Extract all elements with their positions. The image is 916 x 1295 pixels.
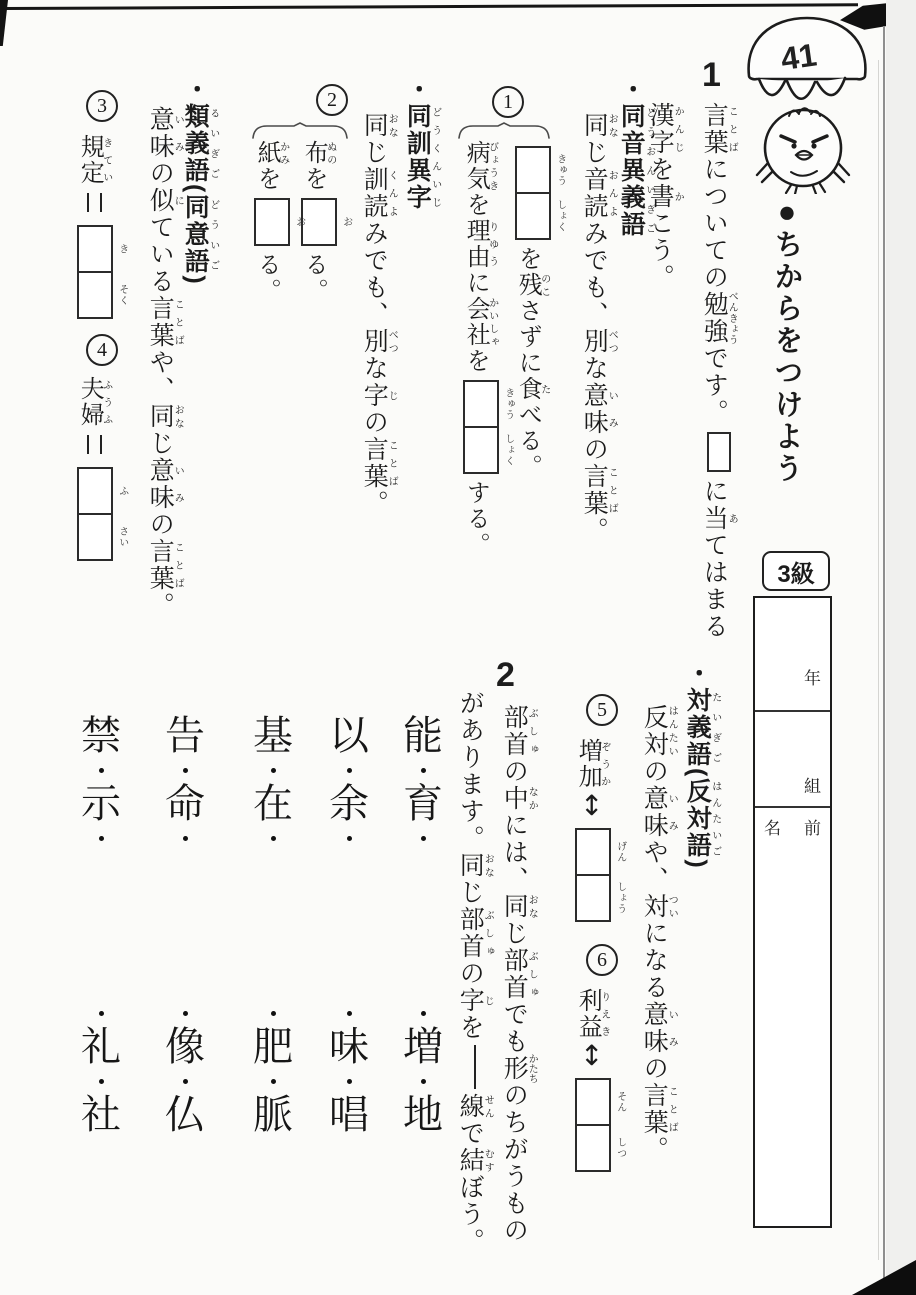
kanji-item[interactable]: 告	[160, 714, 210, 759]
furigana-hint: そん	[615, 1091, 625, 1113]
radical-column: 告命像仏	[160, 714, 210, 1174]
item4-number: 4	[86, 334, 118, 366]
kanji-item[interactable]: 増	[398, 1025, 448, 1070]
furigana-hint: お	[294, 217, 304, 228]
connector-dot[interactable]	[347, 768, 352, 773]
connector-dot[interactable]	[347, 1079, 352, 1084]
kanji-item[interactable]: 地	[398, 1093, 448, 1138]
answer-box[interactable]: きゅう	[515, 146, 551, 194]
kanji-item[interactable]: 脈	[248, 1093, 298, 1138]
furigana-hint: き	[117, 244, 127, 255]
filled-circle-bullet: ●	[770, 194, 805, 229]
answer-box-group[interactable]: きそく	[77, 225, 113, 319]
answer-box[interactable]: き	[77, 225, 113, 273]
kanji-item[interactable]: 能	[398, 714, 448, 759]
section1-intro-line1: 言葉ことばについての勉強べんきょうです。に当あてはまる	[700, 102, 737, 662]
name-label: 名	[764, 814, 781, 839]
worksheet-page: 41 ●ちからをつけよう 3級 年 組 名 前 1 言葉ことばについての勉強べん…	[0, 0, 916, 1295]
radical-column: 以余味唱	[324, 714, 374, 1174]
double-arrow-icon: ↕	[580, 792, 605, 820]
connector-dot[interactable]	[99, 1011, 104, 1016]
answer-box[interactable]: そん	[575, 1078, 611, 1126]
item6-pair: 利益りえき↕そんしつ	[574, 988, 611, 1268]
connector-dot[interactable]	[271, 1079, 276, 1084]
radical-column: 基在肥脈	[248, 714, 298, 1174]
definition-antonyms: 反対はんたいの意味いみや、対ついになる意味いみの言葉ことば。	[640, 704, 677, 1264]
connector-dot[interactable]	[183, 1079, 188, 1084]
item4-pair: 夫婦ふうふふさい	[76, 376, 113, 696]
radical-matching-area: 能育増地以余味唱基在肥脈告命像仏禁示礼社	[0, 714, 470, 1184]
kanji-item[interactable]: 唱	[324, 1093, 374, 1138]
kanji-item[interactable]: 示	[76, 782, 126, 827]
definition-homophones: 同おなじ音読おんよみでも、別べつな意味いみの言葉ことば。	[580, 112, 617, 612]
equals-sign	[87, 193, 102, 212]
connector-dot[interactable]	[271, 836, 276, 841]
page-right-edge-line	[883, 26, 885, 1295]
heading-homophones: ・同音異義語どうおんいぎご	[618, 76, 654, 476]
year-label: 年	[804, 664, 821, 689]
furigana-hint: ふ	[117, 486, 127, 497]
item5-pair: 増加ぞうか↕げんしょう	[574, 738, 611, 1018]
name-box-divider	[755, 806, 830, 808]
radical-column-top: 能育	[398, 714, 448, 850]
kanji-item[interactable]: 肥	[248, 1025, 298, 1070]
connector-dot[interactable]	[271, 768, 276, 773]
answer-box[interactable]: しつ	[575, 1124, 611, 1172]
heading-homographs: ・同訓異字どうくんいじ	[404, 76, 440, 336]
kanji-item[interactable]: 余	[324, 782, 374, 827]
equals-sign	[87, 435, 102, 454]
item5-number: 5	[586, 694, 618, 726]
answer-box[interactable]: お	[254, 198, 290, 246]
name-label: 前	[804, 814, 821, 839]
radical-column-top: 禁示	[76, 714, 126, 850]
radical-column: 禁示礼社	[76, 714, 126, 1174]
connector-dot[interactable]	[421, 768, 426, 773]
connector-dot[interactable]	[183, 1011, 188, 1016]
connector-dot[interactable]	[421, 1079, 426, 1084]
answer-box-group[interactable]: きゅうしょく	[463, 380, 499, 474]
connector-dot[interactable]	[99, 768, 104, 773]
furigana-hint: しょく	[555, 200, 565, 233]
radical-column-bottom: 礼社	[76, 1002, 126, 1138]
name-box-divider	[755, 710, 830, 712]
furigana-hint: げん	[615, 841, 625, 863]
connector-dot[interactable]	[183, 836, 188, 841]
radical-column: 能育増地	[398, 714, 448, 1174]
radical-column-bottom: 増地	[398, 1002, 448, 1138]
answer-box[interactable]: お	[301, 198, 337, 246]
section2-intro-line1: 部首ぶしゅの中なかには、同おなじ部首ぶしゅでも形かたちのちがうもの	[500, 704, 537, 1264]
answer-box[interactable]: ふ	[77, 467, 113, 515]
item2-number: 2	[316, 84, 348, 116]
radical-column-bottom: 肥脈	[248, 1002, 298, 1138]
answer-box-group[interactable]: お	[301, 198, 337, 246]
kanji-item[interactable]: 味	[324, 1025, 374, 1070]
connector-dot[interactable]	[183, 768, 188, 773]
answer-box[interactable]: そく	[77, 271, 113, 319]
furigana-hint: しょく	[503, 434, 513, 467]
radical-column-top: 基在	[248, 714, 298, 850]
answer-box[interactable]: しょく	[463, 426, 499, 474]
kanji-item[interactable]: 以	[324, 714, 374, 759]
kanji-item[interactable]: 社	[76, 1093, 126, 1138]
answer-box-group[interactable]: お	[254, 198, 290, 246]
connector-dot[interactable]	[347, 836, 352, 841]
answer-box[interactable]: さい	[77, 513, 113, 561]
item3-number: 3	[86, 90, 118, 122]
furigana-hint: きゅう	[555, 154, 565, 187]
furigana-hint: そく	[117, 284, 127, 306]
furigana-hint: しょう	[615, 882, 625, 915]
class-label: 組	[804, 772, 821, 797]
mascot-parachute-bird: 41	[737, 12, 879, 194]
kanji-item[interactable]: 育	[398, 782, 448, 827]
scan-artifact-top-left	[0, 0, 8, 46]
item1-number: 1	[492, 86, 524, 118]
kanji-item[interactable]: 在	[248, 782, 298, 827]
answer-box[interactable]: しょう	[575, 874, 611, 922]
furigana-hint: しつ	[615, 1137, 625, 1159]
connector-dot[interactable]	[347, 1011, 352, 1016]
double-arrow-icon: ↕	[580, 1042, 605, 1070]
grade-badge: 3級	[762, 551, 830, 591]
page-title-text: ちからをつけよう	[771, 229, 803, 485]
connector-dot[interactable]	[421, 1011, 426, 1016]
answer-box[interactable]: げん	[575, 828, 611, 876]
line-sample	[474, 1045, 477, 1089]
kanji-item[interactable]: 命	[160, 782, 210, 827]
page-fold-line	[878, 60, 879, 1260]
radical-column-bottom: 味唱	[324, 1002, 374, 1138]
page-number: 41	[779, 36, 819, 77]
item2-brace	[250, 122, 350, 140]
heading-synonyms: ・類義語るいぎご(同意語どういご)	[182, 76, 218, 516]
kanji-item[interactable]: 基	[248, 714, 298, 759]
page-top-edge-line	[4, 3, 858, 10]
item2-sentence-right: 布ぬのをおる。	[300, 140, 337, 460]
section1-number: 1	[702, 58, 721, 92]
answer-box-group[interactable]: そんしつ	[575, 1078, 611, 1172]
answer-box[interactable]: きゅう	[463, 380, 499, 428]
item2-sentence-left: 紙かみをおる。	[253, 140, 290, 460]
item1-sentence-right: きゅうしょくを残のこさずに食たべる。	[514, 140, 551, 570]
definition-synonyms: 意味いみの似にている言葉ことばや、同おなじ意味いみの言葉ことば。	[146, 106, 183, 676]
radical-column-top: 以余	[324, 714, 374, 850]
blank-square	[707, 432, 731, 472]
heading-antonyms: ・対義語たいぎご(反対語はんたいご)	[684, 660, 720, 1100]
definition-homographs: 同おなじ訓読くんよみでも、別べつな字じの言葉ことば。	[360, 112, 397, 632]
item1-sentence-left: 病気びょうきを理由りゆうに会社かいしゃをきゅうしょくする。	[462, 140, 499, 670]
page-right-margin	[886, 0, 916, 1295]
kanji-item[interactable]: 仏	[160, 1093, 210, 1138]
name-box[interactable]: 年 組 名 前	[753, 596, 832, 1228]
connector-dot[interactable]	[271, 1011, 276, 1016]
section2-number: 2	[496, 658, 515, 692]
furigana-hint: お	[341, 217, 351, 228]
connector-dot[interactable]	[99, 836, 104, 841]
radical-column-top: 告命	[160, 714, 210, 850]
kanji-item[interactable]: 禁	[76, 714, 126, 759]
furigana-hint: きゅう	[503, 388, 513, 421]
answer-box[interactable]: しょく	[515, 192, 551, 240]
radical-column-bottom: 像仏	[160, 1002, 210, 1138]
grade-label: 3級	[777, 554, 814, 589]
answer-box-group[interactable]: げんしょう	[575, 828, 611, 922]
answer-box-group[interactable]: ふさい	[77, 467, 113, 561]
kanji-item[interactable]: 礼	[76, 1025, 126, 1070]
connector-dot[interactable]	[421, 836, 426, 841]
item6-number: 6	[586, 944, 618, 976]
answer-box-group[interactable]: きゅうしょく	[515, 146, 551, 240]
connector-dot[interactable]	[99, 1079, 104, 1084]
kanji-item[interactable]: 像	[160, 1025, 210, 1070]
item1-brace	[456, 122, 552, 140]
furigana-hint: さい	[117, 526, 127, 548]
